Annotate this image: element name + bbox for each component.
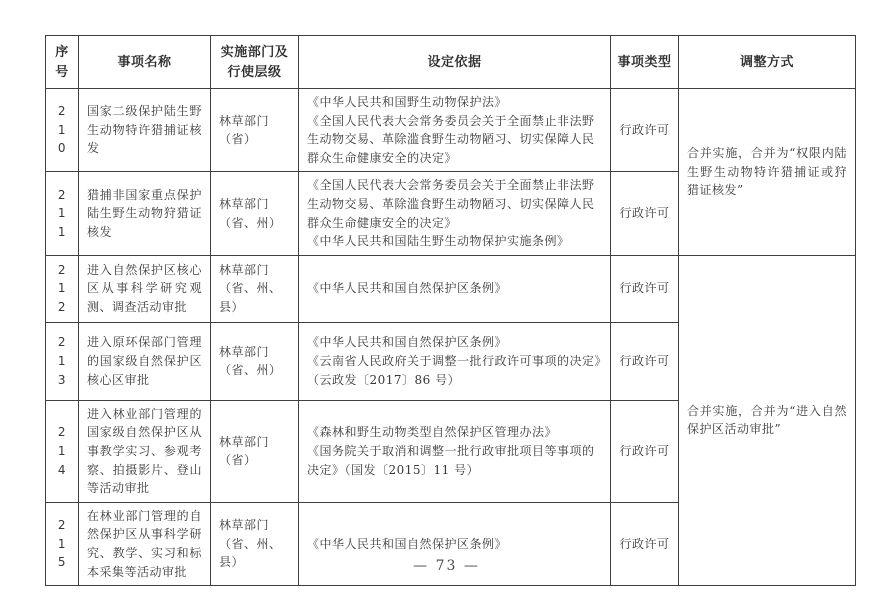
department-cell: 林草部门（省、州） — [211, 322, 299, 400]
basis-line: 《中华人民共和国陆生野生动物保护实施条例》 — [307, 232, 602, 251]
item-name-cell: 进入林业部门管理的国家级自然保护区从事教学实习、参观考察、拍摄影片、登山等活动审… — [79, 400, 211, 502]
item-type-cell: 行政许可 — [611, 172, 679, 255]
item-type-cell: 行政许可 — [611, 89, 679, 172]
item-name-cell: 进入自然保护区核心区从事科学研究观测、调查活动审批 — [79, 255, 211, 322]
items-table: 序号 事项名称 实施部门及行使层级 设定依据 事项类型 调整方式 210 国家二… — [45, 35, 856, 586]
item-type-cell: 行政许可 — [611, 322, 679, 400]
header-item-name: 事项名称 — [79, 36, 211, 89]
department-cell: 林草部门（省、州） — [211, 172, 299, 255]
header-serial-number: 序号 — [46, 36, 79, 89]
serial-cell: 214 — [46, 400, 79, 502]
item-type-cell: 行政许可 — [611, 400, 679, 502]
basis-line: 《中华人民共和国自然保护区条例》 — [307, 535, 602, 554]
serial-cell: 213 — [46, 322, 79, 400]
basis-line: 《中华人民共和国自然保护区条例》 — [307, 333, 602, 352]
adjustment-merged-cell: 合并实施，合并为“进入自然保护区活动审批” — [679, 255, 856, 585]
department-cell: 林草部门（省、州、县） — [211, 255, 299, 322]
department-cell: 林草部门（省） — [211, 400, 299, 502]
basis-line: 《国务院关于取消和调整一批行政审批项目等事项的决定》（国发〔2015〕11 号） — [307, 442, 602, 479]
basis-cell: 《中华人民共和国自然保护区条例》 《云南省人民政府关于调整一批行政许可事项的决定… — [299, 322, 611, 400]
header-setting-basis: 设定依据 — [299, 36, 611, 89]
basis-line: 《全国人民代表大会常务委员会关于全面禁止非法野生动物交易、革除滥食野生动物陋习、… — [307, 112, 602, 168]
adjustment-merged-cell: 合并实施，合并为“权限内陆生野生动物特许猎捕证或狩猎证核发” — [679, 89, 856, 256]
item-name-cell: 国家二级保护陆生野生动物特许猎捕证核发 — [79, 89, 211, 172]
page-number: — 73 — — [0, 558, 893, 574]
table-row-212: 212 进入自然保护区核心区从事科学研究观测、调查活动审批 林草部门（省、州、县… — [46, 255, 856, 322]
item-type-cell: 行政许可 — [611, 255, 679, 322]
basis-line: 《中华人民共和国野生动物保护法》 — [307, 93, 602, 112]
basis-cell: 《中华人民共和国野生动物保护法》 《全国人民代表大会常务委员会关于全面禁止非法野… — [299, 89, 611, 172]
basis-cell: 《中华人民共和国自然保护区条例》 — [299, 255, 611, 322]
serial-cell: 211 — [46, 172, 79, 255]
table-header-row: 序号 事项名称 实施部门及行使层级 设定依据 事项类型 调整方式 — [46, 36, 856, 89]
header-adjustment-method: 调整方式 — [679, 36, 856, 89]
table-row-210: 210 国家二级保护陆生野生动物特许猎捕证核发 林草部门（省） 《中华人民共和国… — [46, 89, 856, 172]
basis-line: 《森林和野生动物类型自然保护区管理办法》 — [307, 423, 602, 442]
basis-line: 《中华人民共和国自然保护区条例》 — [307, 279, 602, 298]
basis-cell: 《全国人民代表大会常务委员会关于全面禁止非法野生动物交易、革除滥食野生动物陋习、… — [299, 172, 611, 255]
item-name-cell: 进入原环保部门管理的国家级自然保护区核心区审批 — [79, 322, 211, 400]
header-implementing-department: 实施部门及行使层级 — [211, 36, 299, 89]
header-item-type: 事项类型 — [611, 36, 679, 89]
basis-line: 《全国人民代表大会常务委员会关于全面禁止非法野生动物交易、革除滥食野生动物陋习、… — [307, 176, 602, 232]
basis-cell: 《森林和野生动物类型自然保护区管理办法》 《国务院关于取消和调整一批行政审批项目… — [299, 400, 611, 502]
serial-cell: 212 — [46, 255, 79, 322]
basis-line: 《云南省人民政府关于调整一批行政许可事项的决定》（云政发〔2017〕86 号） — [307, 352, 602, 389]
document-page: 序号 事项名称 实施部门及行使层级 设定依据 事项类型 调整方式 210 国家二… — [0, 0, 893, 600]
serial-cell: 210 — [46, 89, 79, 172]
item-name-cell: 猎捕非国家重点保护陆生野生动物狩猎证核发 — [79, 172, 211, 255]
department-cell: 林草部门（省） — [211, 89, 299, 172]
